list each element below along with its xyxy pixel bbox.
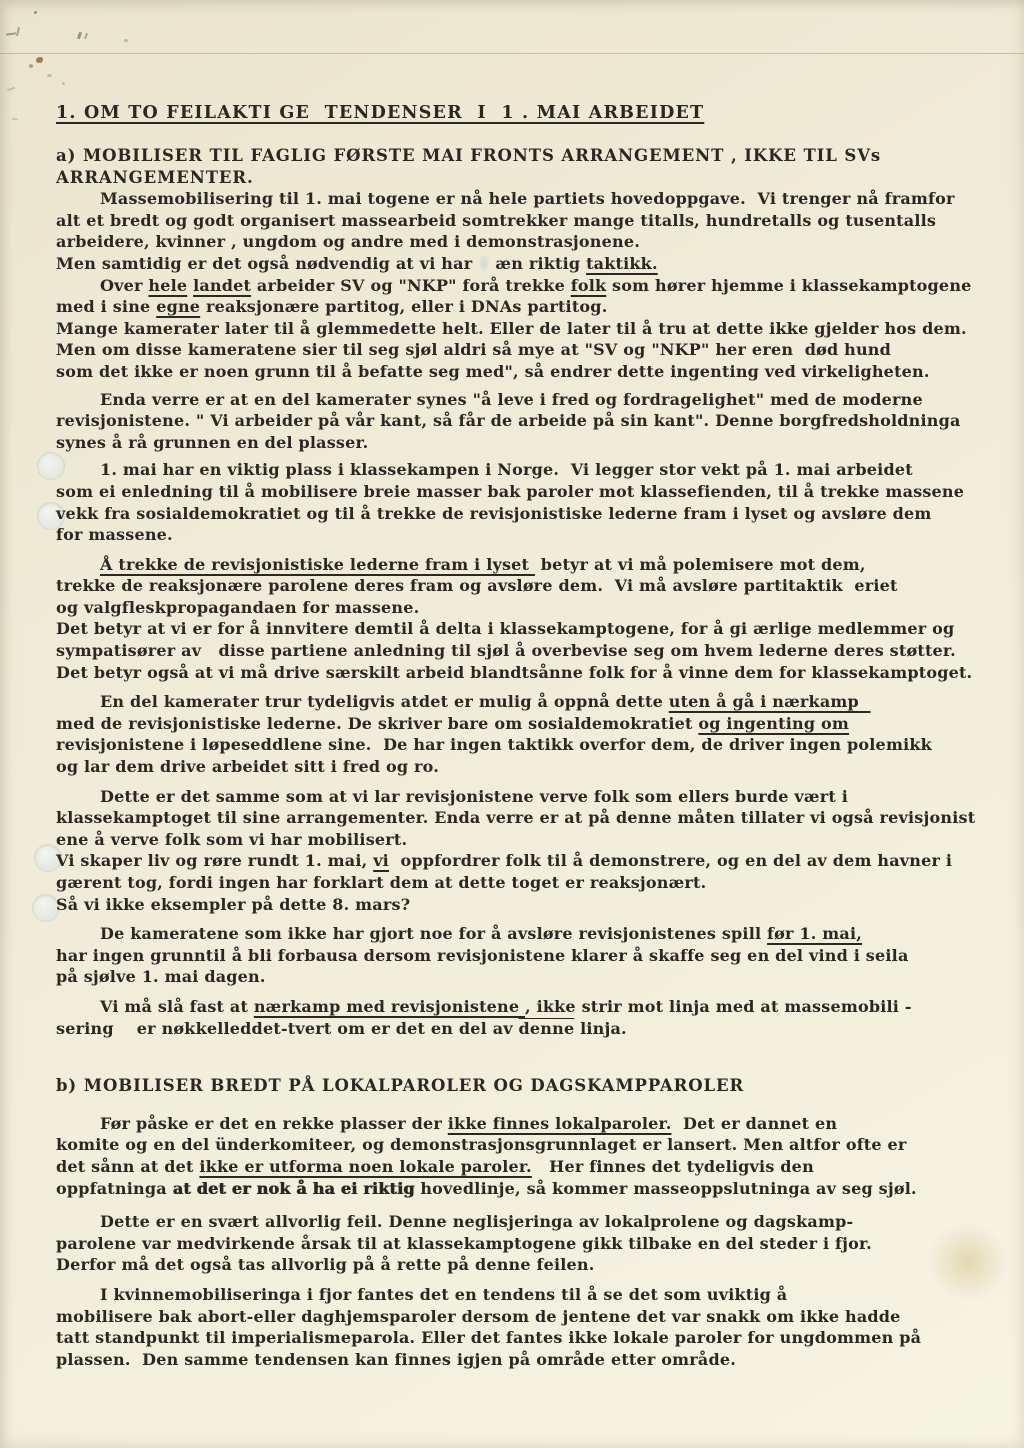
- text-line: komite og en del ünderkomiteer, og demon…: [56, 1134, 1004, 1156]
- text-run: b) MOBILISER BREDT PÅ LOKALPAROLER OG DA…: [56, 1076, 744, 1095]
- text-run: Massemobilisering til 1. mai togene er n…: [100, 189, 955, 208]
- paper-speck: [47, 74, 52, 77]
- text-run: klassekamptoget til sine arrangementer. …: [56, 808, 975, 827]
- text-run: Men samtidig er det også nødvendig at vi…: [56, 254, 478, 273]
- text-line: Men samtidig er det også nødvendig at vi…: [56, 253, 1004, 275]
- text-run: denne: [519, 1019, 575, 1038]
- text-run: sympatisører av disse partiene anledning…: [56, 641, 956, 660]
- text-run: med i sine: [56, 297, 156, 316]
- text-line: Det betyr også at vi må drive særskilt a…: [56, 662, 1004, 684]
- text-line: klassekamptoget til sine arrangementer. …: [56, 807, 1004, 829]
- text-run: I kvinnemobiliseringa i fjor fantes det …: [100, 1285, 787, 1304]
- text-line: ARRANGEMENTER.: [56, 167, 1004, 189]
- text-run: Men om disse kameratene sier til seg sjø…: [56, 340, 891, 359]
- text-run: hele: [148, 276, 187, 295]
- document-title: 1. OM TO FEILAKTI GE TENDENSER I 1 . MAI…: [56, 101, 1004, 125]
- text-run: ikke finnes lokalparoler.: [448, 1114, 672, 1133]
- text-line: Dette er det samme som at vi lar revisjo…: [56, 786, 1004, 808]
- text-line: trekke de reaksjonære parolene deres fra…: [56, 575, 1004, 597]
- text-line: 1. mai har en viktig plass i klassekampe…: [56, 459, 1004, 481]
- pencil-mark: [77, 32, 82, 40]
- text-run: Å trekke de revisjonistiske lederne fram…: [100, 555, 535, 574]
- text-run: egne: [156, 297, 200, 316]
- text-run: mobilisere bak abort-eller daghjemsparol…: [56, 1307, 901, 1326]
- text-line: revisjonistene i løpeseddlene sine. De h…: [56, 734, 1004, 756]
- text-run: og valgfleskpropagandaen for massene.: [56, 598, 419, 617]
- text-run: arbeider SV og "NKP" forå trekke: [251, 276, 571, 295]
- pencil-mark: [124, 39, 128, 42]
- text-line: Enda verre er at en del kamerater synes …: [56, 389, 1004, 411]
- text-run: Mange kamerater later til å glemmedette …: [56, 319, 967, 338]
- text-run: a) MOBILISER TIL FAGLIG FØRSTE MAI FRONT…: [56, 146, 881, 165]
- text-run: med de revisjonistiske lederne. De skriv…: [56, 714, 698, 733]
- text-run: taktikk.: [586, 254, 658, 273]
- text-line: 1. OM TO FEILAKTI GE TENDENSER I 1 . MAI…: [56, 101, 1004, 125]
- text-line: mobilisere bak abort-eller daghjemsparol…: [56, 1306, 1004, 1328]
- paper-speck: [36, 57, 43, 63]
- text-run: komite og en del ünderkomiteer, og demon…: [56, 1135, 907, 1154]
- text-run: ene å verve folk som vi har mobilisert.: [56, 830, 407, 849]
- text-run: Enda verre er at en del kamerater synes …: [100, 390, 923, 409]
- pencil-mark: [12, 117, 18, 120]
- text-run: En del kamerater trur tydeligvis atdet e…: [100, 692, 669, 711]
- paragraph: Dette er det samme som at vi lar revisjo…: [56, 786, 1004, 916]
- text-line: Det betyr at vi er for å innvitere demti…: [56, 618, 1004, 640]
- pencil-mark: [84, 33, 88, 39]
- text-run: oppfatninga: [56, 1179, 173, 1198]
- text-line: har ingen grunntil å bli forbausa dersom…: [56, 945, 1004, 967]
- text-run: på sjølve 1. mai dagen.: [56, 967, 266, 986]
- text-run: linja.: [574, 1019, 627, 1038]
- paragraph: En del kamerater trur tydeligvis atdet e…: [56, 691, 1004, 777]
- text-run: og lar dem drive arbeidet sitt i fred og…: [56, 757, 439, 776]
- text-line: vekk fra sosialdemokratiet og til å trek…: [56, 503, 1004, 525]
- text-run: nærkamp med revisjonistene: [254, 997, 525, 1016]
- text-line: Før påske er det en rekke plasser der ik…: [56, 1113, 1004, 1135]
- text-run: Dette er det samme som at vi lar revisjo…: [100, 787, 848, 806]
- paragraph: Før påske er det en rekke plasser der ik…: [56, 1113, 1004, 1199]
- section-a-heading: a) MOBILISER TIL FAGLIG FØRSTE MAI FRONT…: [56, 145, 1004, 188]
- text-run: vekk fra sosialdemokratiet og til å trek…: [56, 504, 932, 523]
- text-run: sering er nøkkelleddet-tvert om er det e…: [56, 1019, 519, 1038]
- text-line: arbeidere, kvinner , ungdom og andre med…: [56, 231, 1004, 253]
- text-run: det sånn at det: [56, 1157, 199, 1176]
- text-run: Så vi ikke eksempler på dette 8. mars?: [56, 895, 410, 914]
- text-run: gærent tog, fordi ingen har forklart dem…: [56, 873, 706, 892]
- text-line: I kvinnemobiliseringa i fjor fantes det …: [56, 1284, 1004, 1306]
- text-line: tatt standpunkt til imperialismeparola. …: [56, 1327, 1004, 1349]
- text-run: 1. OM TO FEILAKTI GE TENDENSER I 1 . MAI…: [56, 103, 704, 123]
- paragraph: De kameratene som ikke har gjort noe for…: [56, 923, 1004, 988]
- paper-speck: [62, 82, 65, 85]
- paragraph: Enda verre er at en del kamerater synes …: [56, 389, 1004, 454]
- text-line: a) MOBILISER TIL FAGLIG FØRSTE MAI FRONT…: [56, 145, 1004, 167]
- text-run: synes å rå grunnen en del plasser.: [56, 433, 368, 452]
- paragraph: Massemobilisering til 1. mai togene er n…: [56, 188, 1004, 274]
- text-line: En del kamerater trur tydeligvis atdet e…: [56, 691, 1004, 713]
- text-line: sering er nøkkelleddet-tvert om er det e…: [56, 1018, 1004, 1040]
- text-line: Over hele landet arbeider SV og "NKP" fo…: [56, 275, 1004, 297]
- text-run: , ikke strir mot linja med at massemobil…: [525, 997, 912, 1016]
- text-line: Å trekke de revisjonistiske lederne fram…: [56, 554, 1004, 576]
- scan-line: [0, 53, 1024, 54]
- text-line: på sjølve 1. mai dagen.: [56, 966, 1004, 988]
- text-run: Før påske er det en rekke plasser der: [100, 1114, 448, 1133]
- text-run: arbeidere, kvinner , ungdom og andre med…: [56, 232, 640, 251]
- text-run: uten å gå i nærkamp: [669, 692, 871, 711]
- text-run: hovedlinje, så kommer masseoppslutninga …: [415, 1179, 917, 1198]
- text-run: tatt standpunkt til imperialismeparola. …: [56, 1328, 921, 1347]
- section-b-heading: b) MOBILISER BREDT PÅ LOKALPAROLER OG DA…: [56, 1075, 1004, 1097]
- text-run: Dette er en svært allvorlig feil. Denne …: [100, 1212, 853, 1231]
- paragraph: Dette er en svært allvorlig feil. Denne …: [56, 1211, 1004, 1276]
- paragraph: Å trekke de revisjonistiske lederne fram…: [56, 554, 1004, 684]
- text-run: trekke de reaksjonære parolene deres fra…: [56, 576, 898, 595]
- text-run: ikke er utforma noen lokale paroler.: [199, 1157, 531, 1176]
- text-run: for massene.: [56, 525, 173, 544]
- paragraph: Vi må slå fast at nærkamp med revisjonis…: [56, 996, 1004, 1039]
- text-run: Over: [100, 276, 148, 295]
- text-run: revisjonistene. " Vi arbeider på vår kan…: [56, 411, 961, 430]
- text-line: Så vi ikke eksempler på dette 8. mars?: [56, 894, 1004, 916]
- text-run: Vi må slå fast at: [100, 997, 254, 1016]
- text-line: sympatisører av disse partiene anledning…: [56, 640, 1004, 662]
- text-line: med i sine egne reaksjonære partitog, el…: [56, 296, 1004, 318]
- text-run: Det betyr at vi er for å innvitere demti…: [56, 619, 954, 638]
- text-run: Her finnes det tydeligvis den: [532, 1157, 814, 1176]
- text-run: folk: [571, 276, 607, 295]
- text-run: plassen. Den samme tendensen kan finnes …: [56, 1350, 736, 1369]
- text-run: som hører hjemme i klassekamptogene: [606, 276, 971, 295]
- paper-speck: [34, 11, 37, 14]
- text-run: som ei enledning til å mobilisere breie …: [56, 482, 964, 501]
- text-run: Det er dannet en: [672, 1114, 838, 1133]
- text-run: [478, 254, 490, 273]
- paragraph: 1. mai har en viktig plass i klassekampe…: [56, 459, 1004, 545]
- text-line: Vi skaper liv og røre rundt 1. mai, vi o…: [56, 850, 1004, 872]
- text-line: som ei enledning til å mobilisere breie …: [56, 481, 1004, 503]
- text-line: og valgfleskpropagandaen for massene.: [56, 597, 1004, 619]
- document-page: 1. OM TO FEILAKTI GE TENDENSER I 1 . MAI…: [0, 0, 1024, 1448]
- text-line: alt et bredt og godt organisert massearb…: [56, 210, 1004, 232]
- text-run: har ingen grunntil å bli forbausa dersom…: [56, 946, 909, 965]
- text-run: alt et bredt og godt organisert massearb…: [56, 211, 936, 230]
- text-run: som det ikke er noen grunn til å befatte…: [56, 362, 930, 381]
- paper-speck: [29, 64, 33, 68]
- text-line: revisjonistene. " Vi arbeider på vår kan…: [56, 410, 1004, 432]
- text-run: Det betyr også at vi må drive særskilt a…: [56, 663, 972, 682]
- text-run: landet: [193, 276, 251, 295]
- pencil-mark: [6, 32, 16, 35]
- text-line: og lar dem drive arbeidet sitt i fred og…: [56, 756, 1004, 778]
- text-line: Dette er en svært allvorlig feil. Denne …: [56, 1211, 1004, 1233]
- document-content: 1. OM TO FEILAKTI GE TENDENSER I 1 . MAI…: [56, 101, 1004, 1370]
- text-run: 1. mai har en viktig plass i klassekampe…: [100, 460, 913, 479]
- text-line: for massene.: [56, 524, 1004, 546]
- text-line: b) MOBILISER BREDT PÅ LOKALPAROLER OG DA…: [56, 1075, 1004, 1097]
- paragraph: Over hele landet arbeider SV og "NKP" fo…: [56, 275, 1004, 383]
- text-line: Derfor må det også tas allvorlig på å re…: [56, 1254, 1004, 1276]
- text-line: Massemobilisering til 1. mai togene er n…: [56, 188, 1004, 210]
- paragraph: I kvinnemobiliseringa i fjor fantes det …: [56, 1284, 1004, 1370]
- text-run: før 1. mai,: [767, 924, 862, 943]
- text-run: betyr at vi må polemisere mot dem,: [535, 555, 866, 574]
- text-line: Mange kamerater later til å glemmedette …: [56, 318, 1004, 340]
- text-line: Vi må slå fast at nærkamp med revisjonis…: [56, 996, 1004, 1018]
- text-line: ene å verve folk som vi har mobilisert.: [56, 829, 1004, 851]
- text-line: plassen. Den samme tendensen kan finnes …: [56, 1349, 1004, 1371]
- text-run: og ingenting om: [698, 714, 849, 733]
- text-run: parolene var medvirkende årsak til at kl…: [56, 1234, 872, 1253]
- text-line: det sånn at det ikke er utforma noen lok…: [56, 1156, 1004, 1178]
- pencil-mark: [16, 27, 20, 36]
- text-run: æn riktig: [490, 254, 586, 273]
- text-run: revisjonistene i løpeseddlene sine. De h…: [56, 735, 932, 754]
- text-line: med de revisjonistiske lederne. De skriv…: [56, 713, 1004, 735]
- text-line: synes å rå grunnen en del plasser.: [56, 432, 1004, 454]
- text-line: som det ikke er noen grunn til å befatte…: [56, 361, 1004, 383]
- text-run: Vi skaper liv og røre rundt 1. mai,: [56, 851, 373, 870]
- text-line: Men om disse kameratene sier til seg sjø…: [56, 339, 1004, 361]
- text-run: Derfor må det også tas allvorlig på å re…: [56, 1255, 595, 1274]
- text-line: oppfatninga at det er nok å ha ei riktig…: [56, 1178, 1004, 1200]
- text-line: gærent tog, fordi ingen har forklart dem…: [56, 872, 1004, 894]
- text-run: De kameratene som ikke har gjort noe for…: [100, 924, 767, 943]
- text-run: ARRANGEMENTER.: [56, 168, 254, 187]
- text-run: at det er nok å ha ei riktig: [173, 1179, 415, 1198]
- text-run: vi: [373, 851, 389, 870]
- text-run: reaksjonære partitog, eller i DNAs parti…: [200, 297, 607, 316]
- pencil-mark: [7, 87, 15, 92]
- text-line: De kameratene som ikke har gjort noe for…: [56, 923, 1004, 945]
- text-line: parolene var medvirkende årsak til at kl…: [56, 1233, 1004, 1255]
- text-run: oppfordrer folk til å demonstrere, og en…: [389, 851, 952, 870]
